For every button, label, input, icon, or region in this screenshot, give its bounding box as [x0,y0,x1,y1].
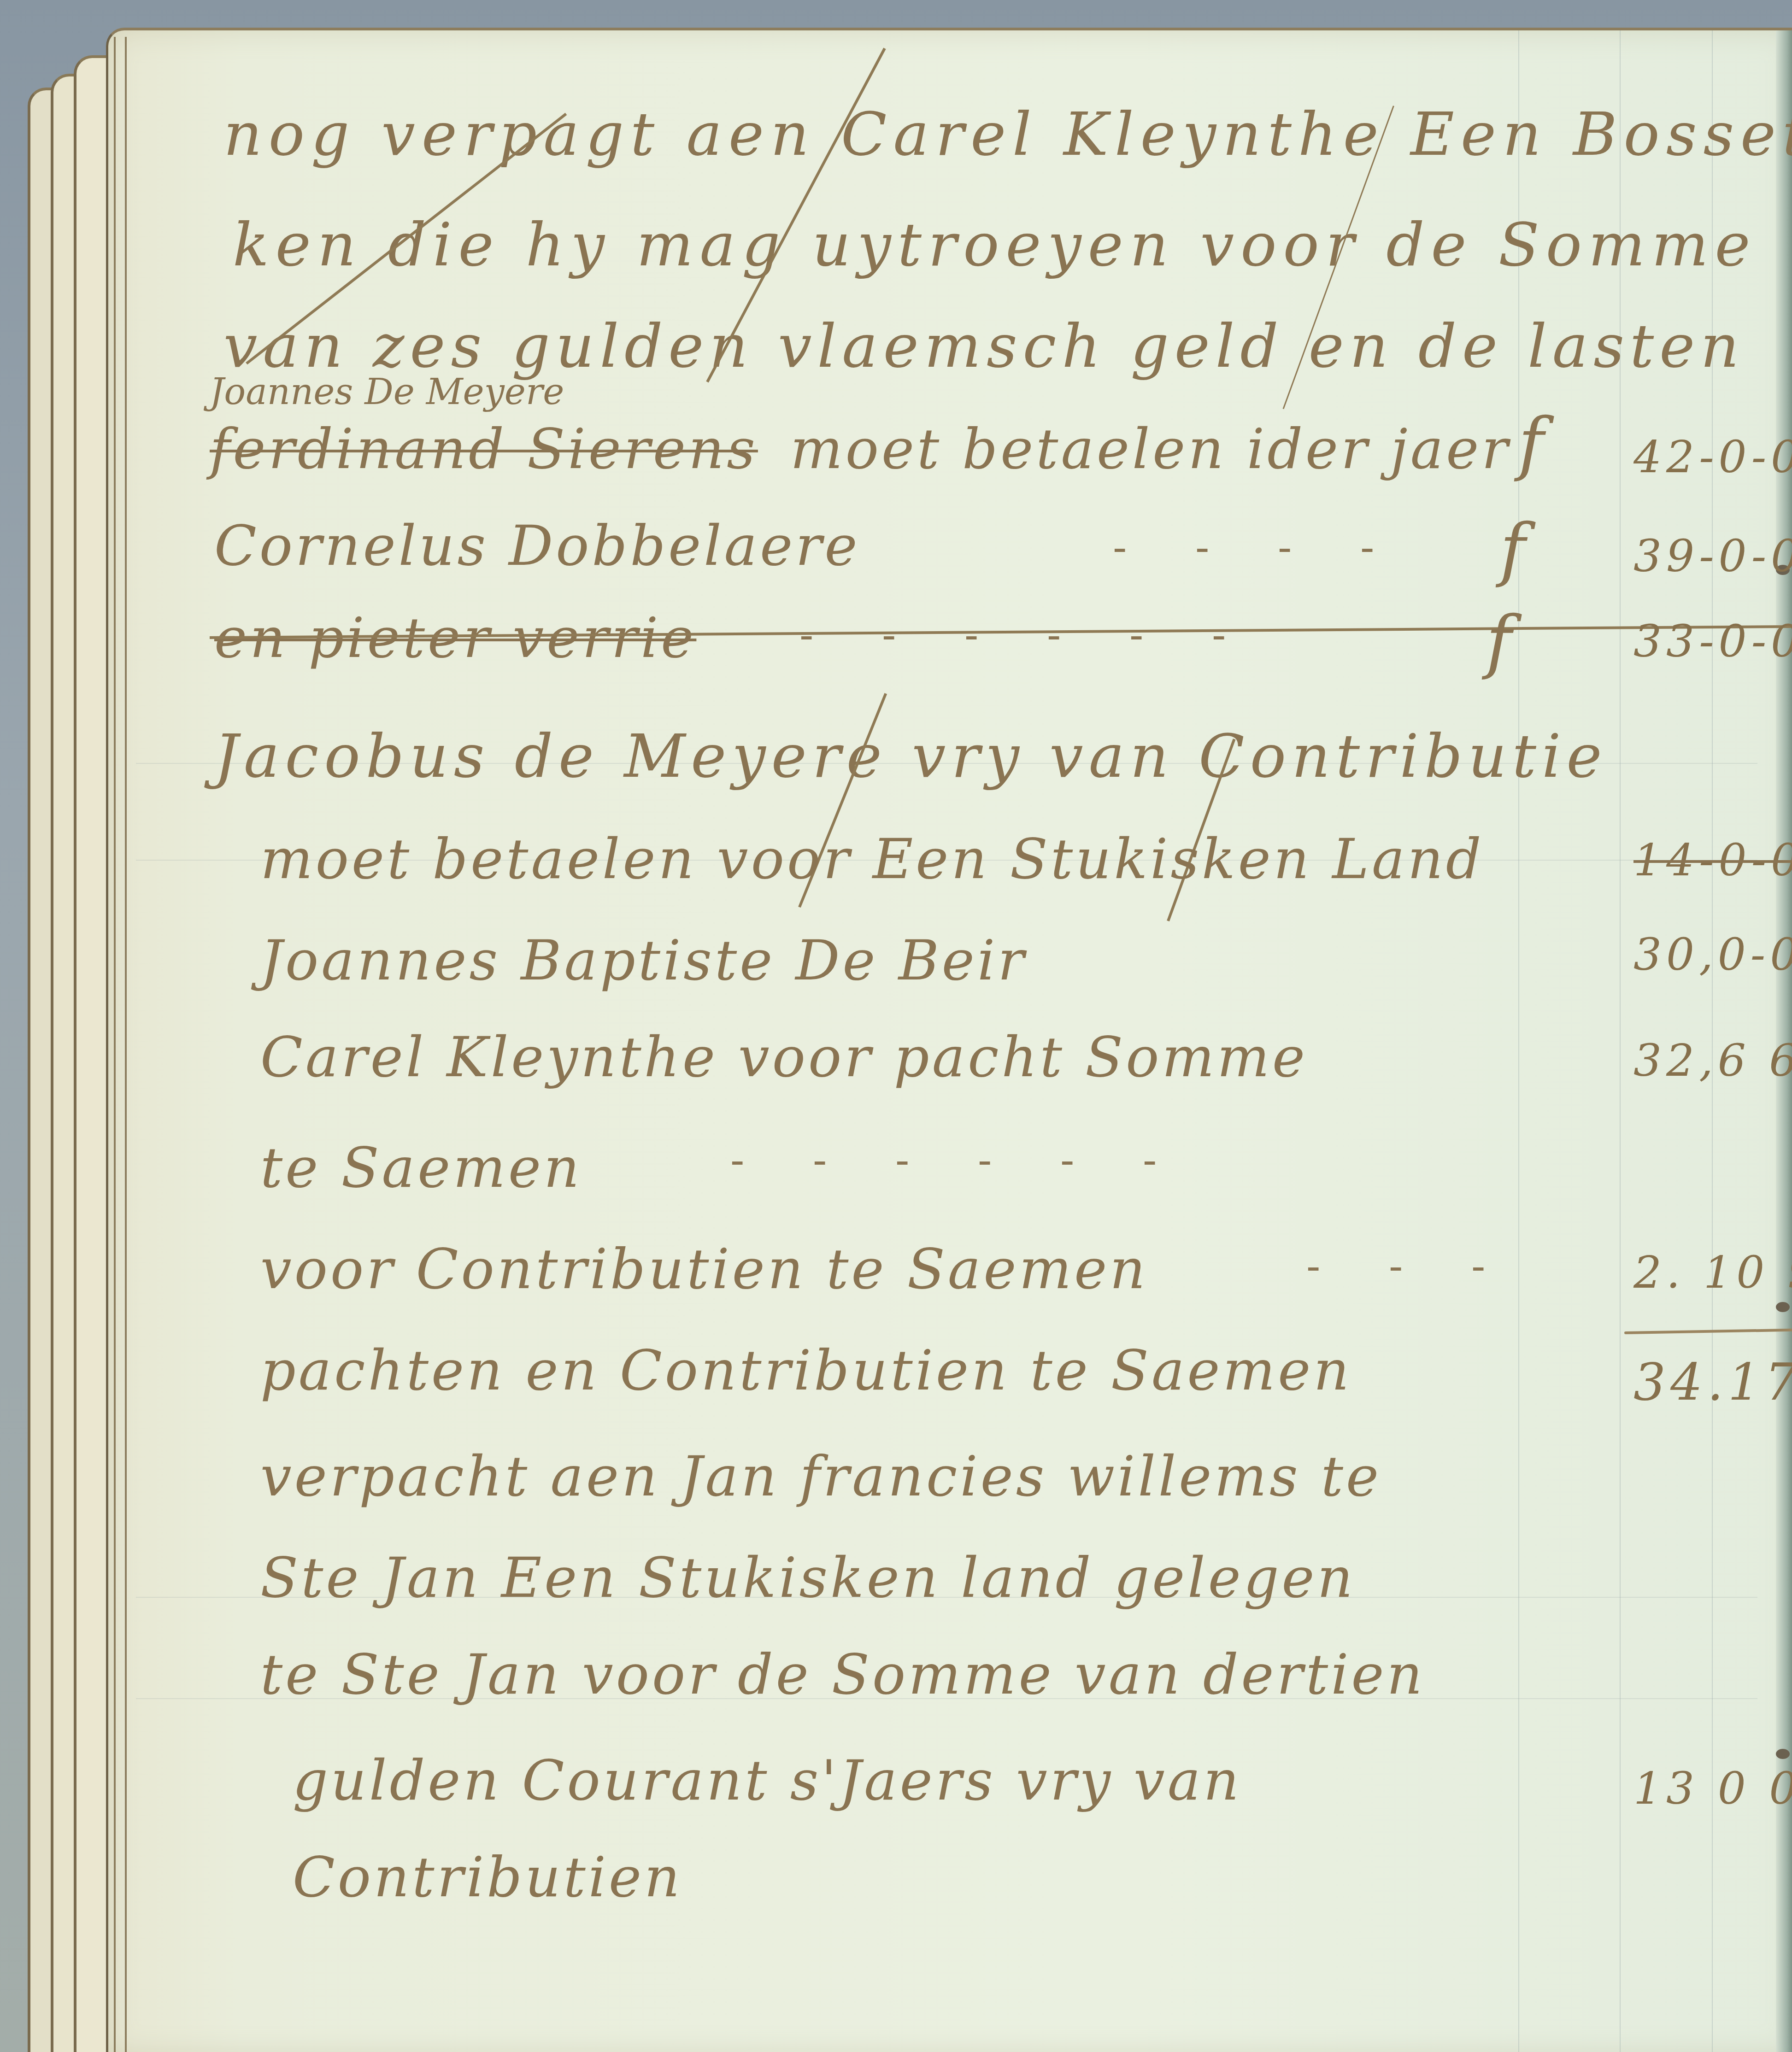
florin-sign: f [1486,602,1512,682]
text-line: moet betaelen voor Een Stukisken Land [260,832,1484,887]
text-line: voor Contributien te Saemen [260,1242,1148,1297]
binding-thread [1776,1749,1790,1759]
text-line: Jacobus de Meyere vry van Contributie [214,726,1607,786]
filler-dashes: - - - - - - [799,611,1254,659]
struck-name: ferdinand Sierens [210,417,758,481]
manuscript-page: nog verpagt aen Carel Kleynthe Een Bosse… [106,28,1792,2052]
interlinear-annotation: Joannes De Meyere [210,371,564,413]
amount: 39-0-0 [1633,530,1792,582]
amount-struck: 14-0-0 [1633,834,1792,886]
text-line: en pieter verrie [214,611,696,666]
amount: 13 0 0 [1633,1763,1792,1814]
florin-sign: f [1500,510,1526,590]
text-line: Joannes Baptiste De Beir [260,933,1027,989]
amount: 2. 10 9 [1633,1247,1792,1298]
filler-dashes: - - - [1306,1242,1513,1290]
text-line: ferdinand Sierensmoet betaelen ider jaer [210,422,1511,477]
text-line: pachten en Contributien te Saemen [260,1343,1352,1399]
text-line: Contributien [293,1850,682,1905]
sum-rule [1624,1328,1792,1334]
text-line: te Saemen [260,1141,582,1196]
text-line: Cornelus Dobbelaere [214,519,860,574]
text-line: Ste Jan Een Stukisken land gelegen [260,1551,1356,1606]
text-line: verpacht aen Jan francies willems te [260,1449,1381,1505]
amount: 32,6 6 [1633,1035,1792,1086]
text-line: nog verpagt aen Carel Kleynthe Een Bosse… [223,104,1792,164]
text-line: te Ste Jan voor de Somme van dertien [260,1647,1425,1703]
page-edge-lines [114,37,127,2052]
text-line: ken die hy mag uytroeyen voor de Somme [233,215,1757,275]
text-line: Carel Kleynthe voor pacht Somme [260,1030,1308,1085]
text-line: gulden Courant s'Jaers vry van [293,1753,1242,1809]
amount: 42-0-0 [1633,431,1792,483]
total-amount: 34.17-3 [1633,1353,1792,1412]
amount: 33-0-0 [1633,616,1792,667]
florin-sign: f [1518,404,1544,484]
text-line: van zes gulden vlaemsch geld en de laste… [223,316,1745,376]
filler-dashes: - - - - [1113,523,1402,572]
binding-thread [1776,1302,1790,1312]
line-text: moet betaelen ider jaer [790,417,1511,481]
amount: 30,0-0 [1633,929,1792,980]
filler-dashes: - - - - - - [730,1136,1185,1184]
